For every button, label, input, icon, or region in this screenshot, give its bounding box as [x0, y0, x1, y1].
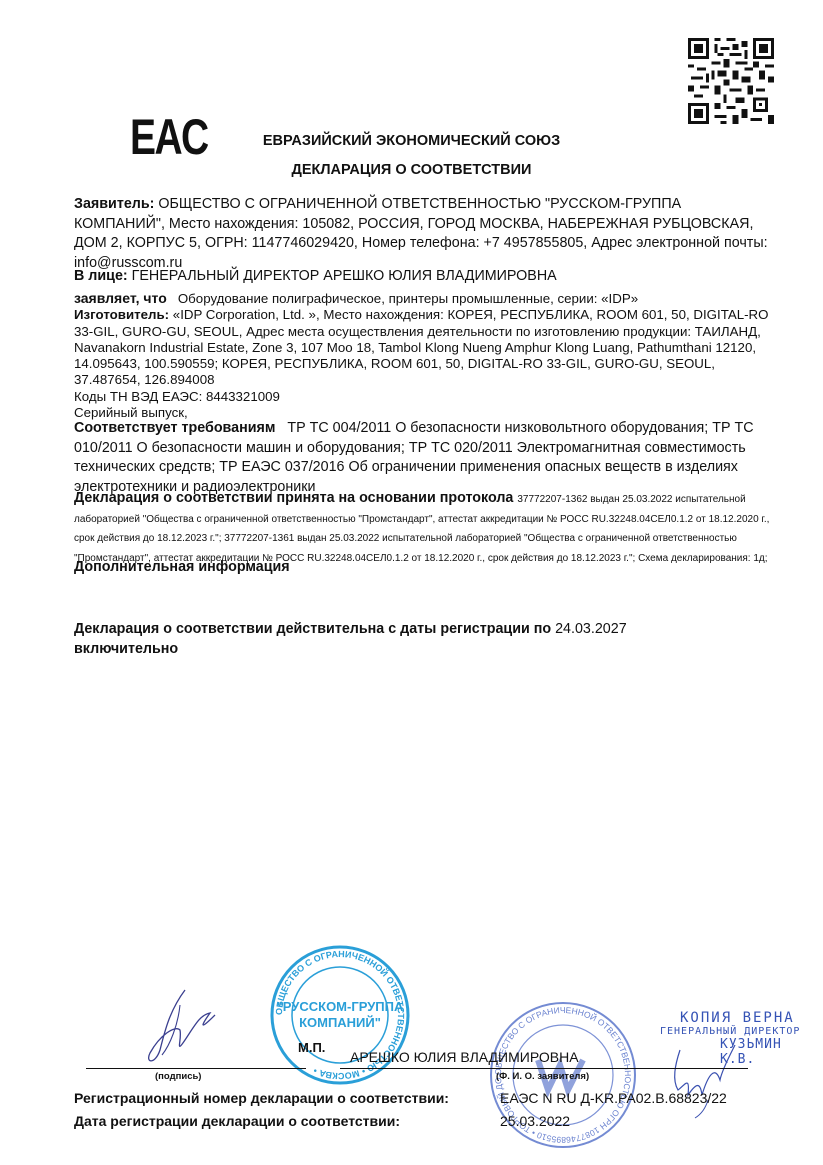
registration-date-label: Дата регистрации декларации о соответств…	[74, 1113, 400, 1129]
applicant-text: ОБЩЕСТВО С ОГРАНИЧЕННОЙ ОТВЕТСТВЕННОСТЬЮ…	[74, 196, 768, 271]
validity-section: Декларация о соответствии действительна …	[74, 620, 774, 659]
protocol-section: Декларация о соответствии принята на осн…	[74, 489, 774, 567]
declares-line: заявляет, что Оборудование полиграфическ…	[74, 290, 774, 307]
manufacturer-text: «IDP Corporation, Ltd. », Место нахожден…	[74, 307, 768, 387]
product-section: заявляет, что Оборудование полиграфическ…	[74, 290, 774, 421]
applicant-label: Заявитель:	[74, 196, 154, 212]
applicant-signature-icon	[140, 985, 230, 1070]
validity-date: 24.03.2027	[555, 621, 627, 637]
requirements-label: Соответствует требованиям	[74, 420, 275, 436]
name-caption: (Ф. И. О. заявителя)	[496, 1071, 589, 1082]
validity-label: Декларация о соответствии действительна …	[74, 621, 551, 637]
hs-codes: Коды ТН ВЭД ЕАЭС: 8443321009	[74, 389, 774, 405]
company-stamp-line2: КОМПАНИЙ"	[299, 1015, 381, 1030]
applicant-section: Заявитель: ОБЩЕСТВО С ОГРАНИЧЕННОЙ ОТВЕТ…	[74, 195, 774, 273]
name-line	[340, 1068, 748, 1069]
signer-name: АРЕШКО ЮЛИЯ ВЛАДИМИРОВНА	[350, 1049, 579, 1065]
registration-number-label: Регистрационный номер декларации о соотв…	[74, 1090, 449, 1106]
registration-date: 25.03.2022	[500, 1113, 570, 1129]
additional-info-label: Дополнительная информация	[74, 558, 774, 578]
copy-verified-line1: КОПИЯ ВЕРНА	[680, 1010, 823, 1026]
company-stamp-line1: "РУССКОМ-ГРУППА	[277, 999, 404, 1014]
represented-by-label: В лице:	[74, 268, 128, 284]
copy-verified-line2: ГЕНЕРАЛЬНЫЙ ДИРЕКТОР	[660, 1026, 823, 1037]
seal-label: М.П.	[298, 1040, 325, 1055]
qr-code-icon	[688, 38, 774, 124]
protocol-label: Декларация о соответствии принята на осн…	[74, 490, 513, 506]
document-title: ДЕКЛАРАЦИЯ О СООТВЕТСТВИИ	[0, 162, 823, 178]
signature-caption: (подпись)	[155, 1071, 201, 1082]
signature-line	[86, 1068, 306, 1069]
manufacturer-line: Изготовитель: «IDP Corporation, Ltd. », …	[74, 307, 774, 388]
director-signature-icon	[660, 1040, 740, 1120]
declares-text: Оборудование полиграфическое, принтеры п…	[178, 291, 638, 306]
union-title: ЕВРАЗИЙСКИЙ ЭКОНОМИЧЕСКИЙ СОЮЗ	[0, 133, 823, 149]
registration-number: ЕАЭС N RU Д-KR.РА02.В.68823/22	[500, 1090, 727, 1106]
represented-by-text: ГЕНЕРАЛЬНЫЙ ДИРЕКТОР АРЕШКО ЮЛИЯ ВЛАДИМИ…	[132, 268, 557, 284]
requirements-section: Соответствует требованиям ТР ТС 004/2011…	[74, 419, 774, 497]
validity-suffix: включительно	[74, 641, 178, 657]
declares-label: заявляет, что	[74, 290, 167, 306]
manufacturer-label: Изготовитель:	[74, 307, 169, 322]
represented-by-section: В лице: ГЕНЕРАЛЬНЫЙ ДИРЕКТОР АРЕШКО ЮЛИЯ…	[74, 267, 774, 287]
